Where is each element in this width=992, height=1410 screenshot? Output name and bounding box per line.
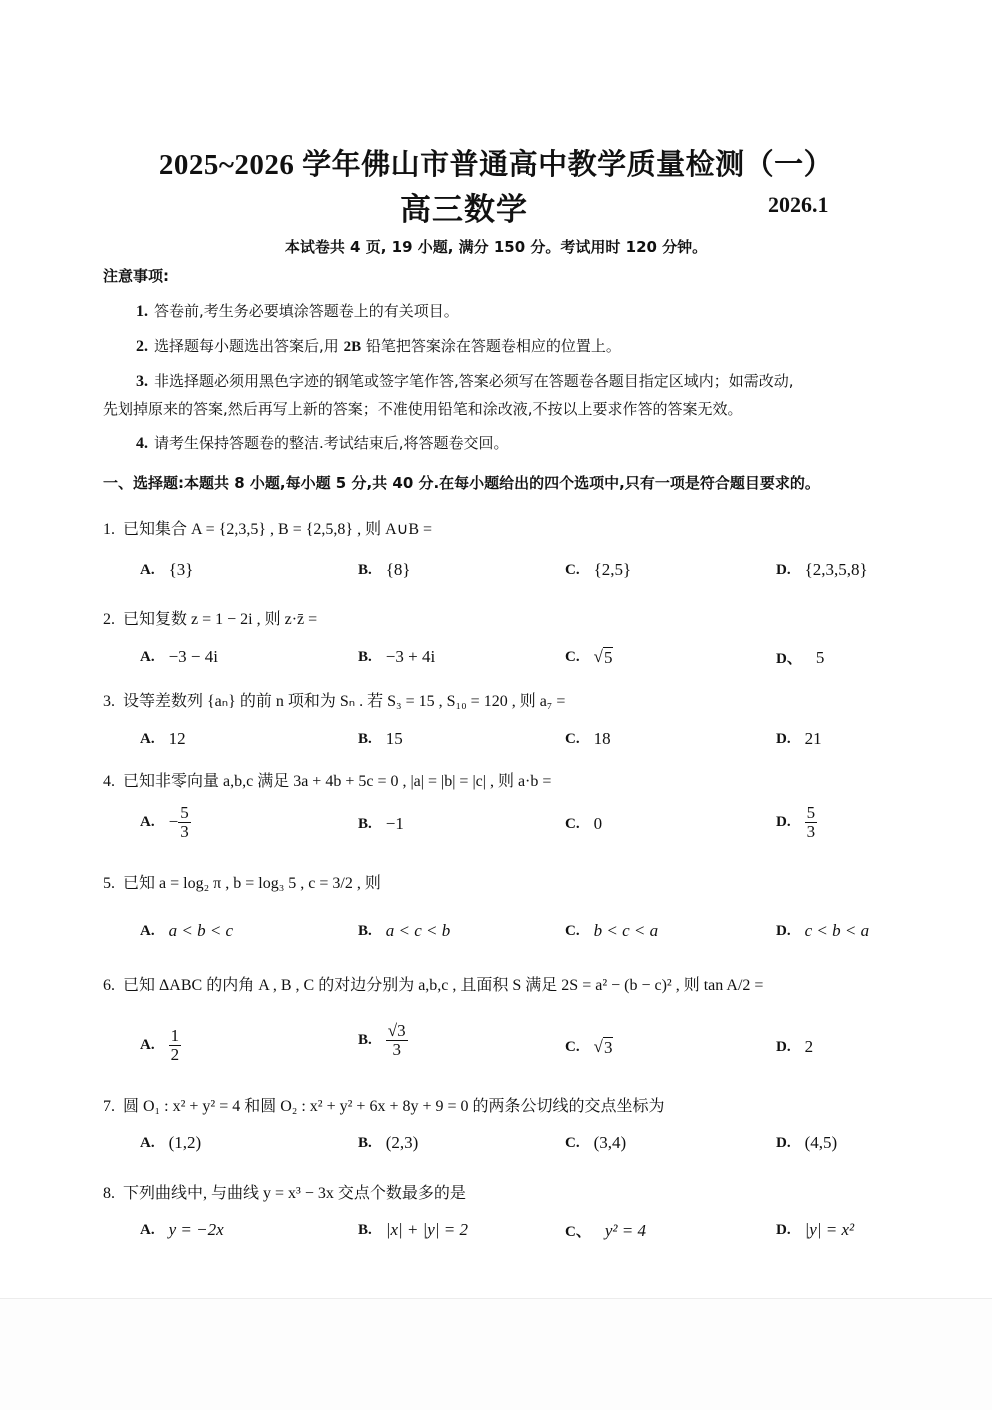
option-text: {2,5}: [594, 560, 632, 580]
question-number: 4.: [103, 773, 115, 790]
q8-option-c[interactable]: C、y² = 4: [565, 1220, 646, 1241]
question-stem: 已知复数 z = 1 − 2i , 则 z·z̄ =: [123, 611, 317, 628]
option-text: 2: [805, 1037, 814, 1057]
option-label: A.: [140, 923, 155, 940]
option-text: −1: [386, 814, 404, 834]
question-6: 6.已知 ΔABC 的内角 A , B , C 的对边分别为 a,b,c , 且…: [103, 972, 763, 995]
question-number: 7.: [103, 1098, 115, 1115]
notice-item-1: 1.答卷前,考生务必要填涂答题卷上的有关项目。: [136, 300, 459, 321]
notice-text: 铅笔把答案涂在答题卷相应的位置上。: [366, 337, 621, 355]
sqrt-5: √5: [594, 647, 614, 668]
q4-option-a[interactable]: A.−53: [140, 804, 191, 841]
question-number: 5.: [103, 875, 115, 892]
option-label: A.: [140, 562, 155, 579]
option-text: y² = 4: [605, 1221, 646, 1241]
question-3: 3.设等差数列 {aₙ} 的前 n 项和为 Sₙ . 若 S₃ = 15 , S…: [103, 688, 565, 711]
q8-option-d[interactable]: D.|y| = x²: [776, 1220, 854, 1240]
q8-option-a[interactable]: A.y = −2x: [140, 1220, 224, 1240]
option-label: B.: [358, 562, 372, 579]
option-label: D.: [776, 562, 791, 579]
option-label: B.: [358, 923, 372, 940]
option-text: 18: [594, 729, 611, 749]
q3-option-c[interactable]: C.18: [565, 729, 611, 749]
option-text: b < c < a: [594, 921, 659, 941]
exam-date: 2026.1: [768, 192, 829, 218]
question-stem: 已知非零向量 a,b,c 满足 3a + 4b + 5c = 0 , |a| =…: [123, 773, 551, 790]
q2-option-c[interactable]: C.√5: [565, 647, 613, 668]
option-text: (2,3): [386, 1133, 419, 1153]
notice-text: 请考生保持答题卷的整洁.考试结束后,将答题卷交回。: [154, 434, 509, 452]
question-stem: 已知 ΔABC 的内角 A , B , C 的对边分别为 a,b,c , 且面积…: [123, 977, 763, 994]
denominator: 3: [392, 1041, 401, 1059]
option-label: C.: [565, 816, 580, 833]
option-label: D.: [776, 1039, 791, 1056]
option-label: B.: [358, 1135, 372, 1152]
option-label: A.: [140, 1037, 155, 1054]
q2-option-d[interactable]: D、5: [776, 647, 824, 668]
q7-option-b[interactable]: B.(2,3): [358, 1133, 418, 1153]
radicand: 3: [397, 1021, 406, 1040]
page-gap: [0, 1299, 992, 1410]
option-label: D.: [776, 1222, 791, 1239]
denominator: 3: [180, 823, 189, 841]
q5-option-a[interactable]: A.a < b < c: [140, 921, 233, 941]
notice-text: 选择题每小题选出答案后,用: [154, 337, 339, 355]
fraction: 53: [805, 804, 818, 841]
option-text: 5: [816, 648, 825, 668]
option-label: C、: [565, 1220, 591, 1241]
q6-option-a[interactable]: A.12: [140, 1027, 181, 1064]
notice-item-4: 4.请考生保持答题卷的整洁.考试结束后,将答题卷交回。: [136, 432, 509, 453]
question-stem: 已知 a = log₂ π , b = log₃ 5 , c = 3/2 , 则: [123, 875, 381, 892]
question-1: 1.已知集合 A = {2,3,5} , B = {2,5,8} , 则 A∪B…: [103, 516, 432, 539]
option-label: C.: [565, 923, 580, 940]
numerator: √3: [386, 1022, 408, 1041]
question-7: 7.圆 O₁ : x² + y² = 4 和圆 O₂ : x² + y² + 6…: [103, 1093, 665, 1116]
notice-num: 2.: [136, 338, 148, 355]
q3-option-a[interactable]: A.12: [140, 729, 186, 749]
option-text: {8}: [386, 560, 411, 580]
notice-item-2: 2.选择题每小题选出答案后,用 2B 铅笔把答案涂在答题卷相应的位置上。: [136, 335, 621, 356]
q7-option-d[interactable]: D.(4,5): [776, 1133, 837, 1153]
question-stem: 已知集合 A = {2,3,5} , B = {2,5,8} , 则 A∪B =: [123, 521, 432, 538]
option-text: (4,5): [805, 1133, 838, 1153]
q1-option-c[interactable]: C.{2,5}: [565, 560, 631, 580]
exam-title: 2025~2026 学年佛山市普通高中教学质量检测（一）: [0, 142, 992, 183]
fraction: 53: [178, 804, 191, 841]
option-label: D.: [776, 923, 791, 940]
option-label: C.: [565, 1039, 580, 1056]
question-stem: 下列曲线中, 与曲线 y = x³ − 3x 交点个数最多的是: [123, 1185, 466, 1202]
q3-option-b[interactable]: B.15: [358, 729, 403, 749]
option-label: B.: [358, 1032, 372, 1049]
section-heading: 一、选择题:本题共 8 小题,每小题 5 分,共 40 分.在每小题给出的四个选…: [103, 472, 820, 493]
q2-option-a[interactable]: A.−3 − 4i: [140, 647, 218, 667]
question-number: 1.: [103, 521, 115, 538]
q5-option-c[interactable]: C.b < c < a: [565, 921, 658, 941]
q1-option-a[interactable]: A.{3}: [140, 560, 193, 580]
option-text: {3}: [169, 560, 194, 580]
notice-text: 非选择题必须用黑色字迹的钢笔或签字笔作答,答案必须写在答题卷各题目指定区域内；如…: [154, 372, 794, 390]
option-label: C.: [565, 649, 580, 666]
fraction: 12: [169, 1027, 182, 1064]
question-number: 8.: [103, 1185, 115, 1202]
denominator: 3: [807, 823, 816, 841]
notice-text: 答卷前,考生务必要填涂答题卷上的有关项目。: [154, 302, 459, 320]
option-label: D.: [776, 814, 791, 831]
q1-option-b[interactable]: B.{8}: [358, 560, 411, 580]
option-text: |y| = x²: [805, 1220, 855, 1240]
q5-option-d[interactable]: D.c < b < a: [776, 921, 869, 941]
option-text: (1,2): [169, 1133, 202, 1153]
question-stem: 设等差数列 {aₙ} 的前 n 项和为 Sₙ . 若 S₃ = 15 , S₁₀…: [123, 693, 565, 710]
notice-num: 4.: [136, 435, 148, 452]
subject-title: 高三数学: [400, 184, 528, 229]
q4-option-d[interactable]: D.53: [776, 804, 817, 841]
q4-option-b[interactable]: B.−1: [358, 814, 404, 834]
exam-info: 本试卷共 4 页, 19 小题, 满分 150 分。考试用时 120 分钟。: [0, 236, 992, 257]
notice-item-3-cont: 先划掉原来的答案,然后再写上新的答案；不准使用铅笔和涂改液,不按以上要求作答的答…: [103, 398, 743, 419]
notice-bold-2b: 2B: [344, 339, 362, 355]
fraction: √33: [386, 1022, 408, 1059]
option-text: 21: [805, 729, 822, 749]
question-number: 2.: [103, 611, 115, 628]
question-5: 5.已知 a = log₂ π , b = log₃ 5 , c = 3/2 ,…: [103, 870, 381, 893]
question-4: 4.已知非零向量 a,b,c 满足 3a + 4b + 5c = 0 , |a|…: [103, 768, 551, 791]
option-text: (3,4): [594, 1133, 627, 1153]
option-text: 15: [386, 729, 403, 749]
option-label: A.: [140, 731, 155, 748]
q6-option-c[interactable]: C.√3: [565, 1037, 613, 1058]
question-8: 8.下列曲线中, 与曲线 y = x³ − 3x 交点个数最多的是: [103, 1180, 466, 1203]
option-label: A.: [140, 1222, 155, 1239]
option-label: C.: [565, 731, 580, 748]
option-label: A.: [140, 1135, 155, 1152]
notice-item-3: 3.非选择题必须用黑色字迹的钢笔或签字笔作答,答案必须写在答题卷各题目指定区域内…: [136, 370, 794, 391]
option-label: B.: [358, 1222, 372, 1239]
option-text: −3 + 4i: [386, 647, 435, 667]
option-text: c < b < a: [805, 921, 870, 941]
option-label: D.: [776, 731, 791, 748]
option-text: 0: [594, 814, 603, 834]
option-label: C.: [565, 562, 580, 579]
option-text: |x| + |y| = 2: [386, 1220, 468, 1240]
option-text: −3 − 4i: [169, 647, 218, 667]
question-stem: 圆 O₁ : x² + y² = 4 和圆 O₂ : x² + y² + 6x …: [123, 1098, 665, 1115]
option-label: B.: [358, 816, 372, 833]
option-text: 12: [169, 729, 186, 749]
numerator: 1: [169, 1027, 182, 1046]
option-label: A.: [140, 649, 155, 666]
option-label: C.: [565, 1135, 580, 1152]
numerator: 5: [805, 804, 818, 823]
q7-option-a[interactable]: A.(1,2): [140, 1133, 201, 1153]
option-text: a < b < c: [169, 921, 234, 941]
radicand: 3: [603, 1037, 614, 1058]
q3-option-d[interactable]: D.21: [776, 729, 822, 749]
notice-heading: 注意事项:: [103, 265, 169, 286]
numerator: 5: [178, 804, 191, 823]
option-text: y = −2x: [169, 1220, 224, 1240]
q4-option-c[interactable]: C.0: [565, 814, 602, 834]
q2-option-b[interactable]: B.−3 + 4i: [358, 647, 435, 667]
q5-option-b[interactable]: B.a < c < b: [358, 921, 450, 941]
notice-num: 3.: [136, 373, 148, 390]
notice-num: 1.: [136, 303, 148, 320]
q7-option-c[interactable]: C.(3,4): [565, 1133, 626, 1153]
option-label: A.: [140, 814, 155, 831]
q6-option-d[interactable]: D.2: [776, 1037, 813, 1057]
option-label: B.: [358, 649, 372, 666]
q1-option-d[interactable]: D.{2,3,5,8}: [776, 560, 868, 580]
q8-option-b[interactable]: B.|x| + |y| = 2: [358, 1220, 468, 1240]
option-label: D、: [776, 647, 802, 668]
q6-option-b[interactable]: B.√33: [358, 1022, 408, 1059]
question-number: 3.: [103, 693, 115, 710]
exam-page: 2025~2026 学年佛山市普通高中教学质量检测（一） 高三数学 2026.1…: [0, 0, 992, 1298]
radicand: 5: [603, 647, 614, 668]
question-2: 2.已知复数 z = 1 − 2i , 则 z·z̄ =: [103, 606, 317, 629]
option-text: a < c < b: [386, 921, 451, 941]
option-label: D.: [776, 1135, 791, 1152]
minus-sign: −: [169, 812, 179, 832]
sqrt-3: √3: [594, 1037, 614, 1058]
option-text: {2,3,5,8}: [805, 560, 868, 580]
question-number: 6.: [103, 977, 115, 994]
denominator: 2: [171, 1046, 180, 1064]
option-label: B.: [358, 731, 372, 748]
